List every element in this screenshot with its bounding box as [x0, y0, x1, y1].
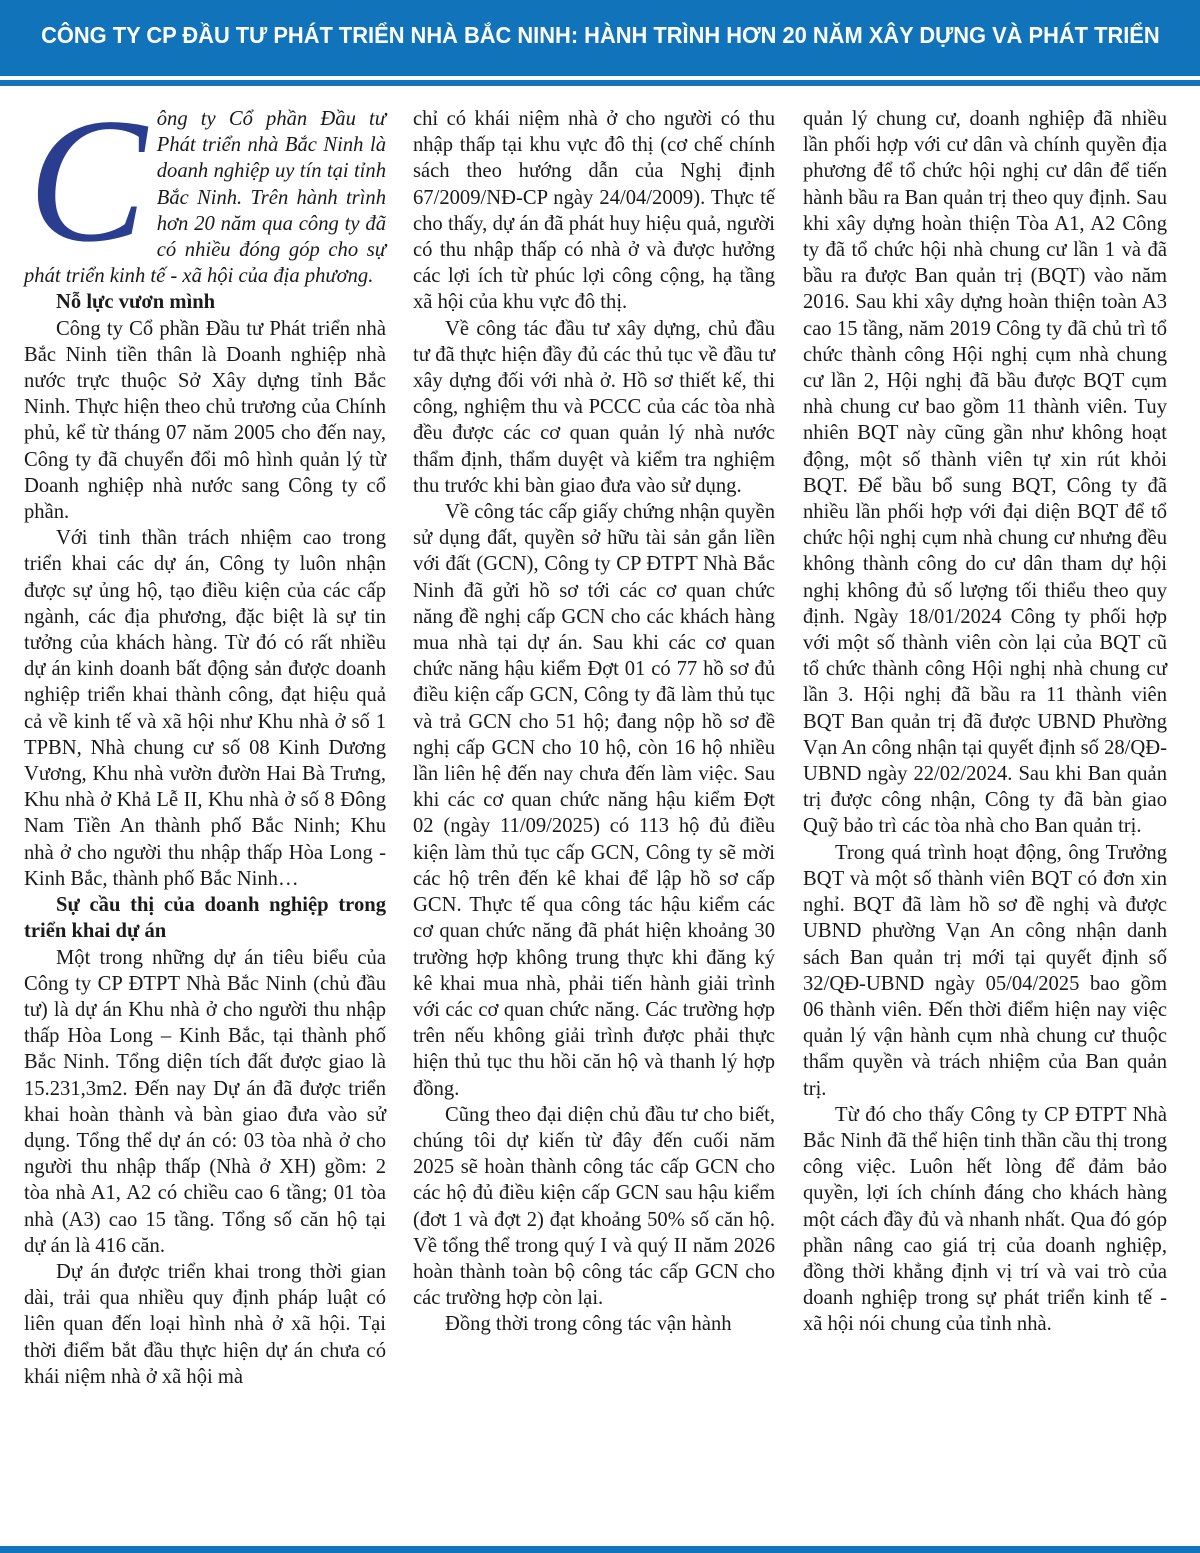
section-heading: Nỗ lực vươn mình	[24, 289, 386, 315]
section-heading: Sự cầu thị của doanh nghiệp trong triển …	[24, 892, 386, 944]
body-paragraph: Về công tác đầu tư xây dựng, chủ đầu tư …	[413, 316, 775, 499]
body-paragraph: Về công tác cấp giấy chứng nhận quyền sử…	[413, 499, 775, 1102]
footer-band	[0, 1546, 1200, 1553]
lead-paragraph: Công ty Cổ phần Đầu tư Phát triển nhà Bắ…	[24, 106, 386, 289]
header-divider-stripe	[0, 80, 1200, 86]
drop-cap: C	[28, 110, 147, 258]
body-paragraph: Đồng thời trong công tác vận hành	[413, 1311, 775, 1337]
body-paragraph-continued: quản lý chung cư, doanh nghiệp đã nhiều …	[803, 106, 1167, 840]
body-paragraph: Dự án được triển khai trong thời gian dà…	[24, 1259, 386, 1390]
body-paragraph: Một trong những dự án tiêu biểu của Công…	[24, 945, 386, 1259]
body-paragraph: Công ty Cổ phần Đầu tư Phát triển nhà Bắ…	[24, 316, 386, 526]
column-right: quản lý chung cư, doanh nghiệp đã nhiều …	[803, 106, 1167, 1338]
body-paragraph-continued: chỉ có khái niệm nhà ở cho người có thu …	[413, 106, 775, 316]
body-paragraph: Với tinh thần trách nhiệm cao trong triể…	[24, 525, 386, 892]
body-paragraph: Từ đó cho thấy Công ty CP ĐTPT Nhà Bắc N…	[803, 1102, 1167, 1338]
page-title: CÔNG TY CP ĐẦU TƯ PHÁT TRIỂN NHÀ BẮC NIN…	[41, 22, 1160, 49]
body-paragraph: Trong quá trình hoạt động, ông Trưởng BQ…	[803, 840, 1167, 1102]
header-band: CÔNG TY CP ĐẦU TƯ PHÁT TRIỂN NHÀ BẮC NIN…	[0, 0, 1200, 76]
column-left: Công ty Cổ phần Đầu tư Phát triển nhà Bắ…	[24, 106, 386, 1390]
column-middle: chỉ có khái niệm nhà ở cho người có thu …	[413, 106, 775, 1338]
body-paragraph: Cũng theo đại diện chủ đầu tư cho biết, …	[413, 1102, 775, 1312]
